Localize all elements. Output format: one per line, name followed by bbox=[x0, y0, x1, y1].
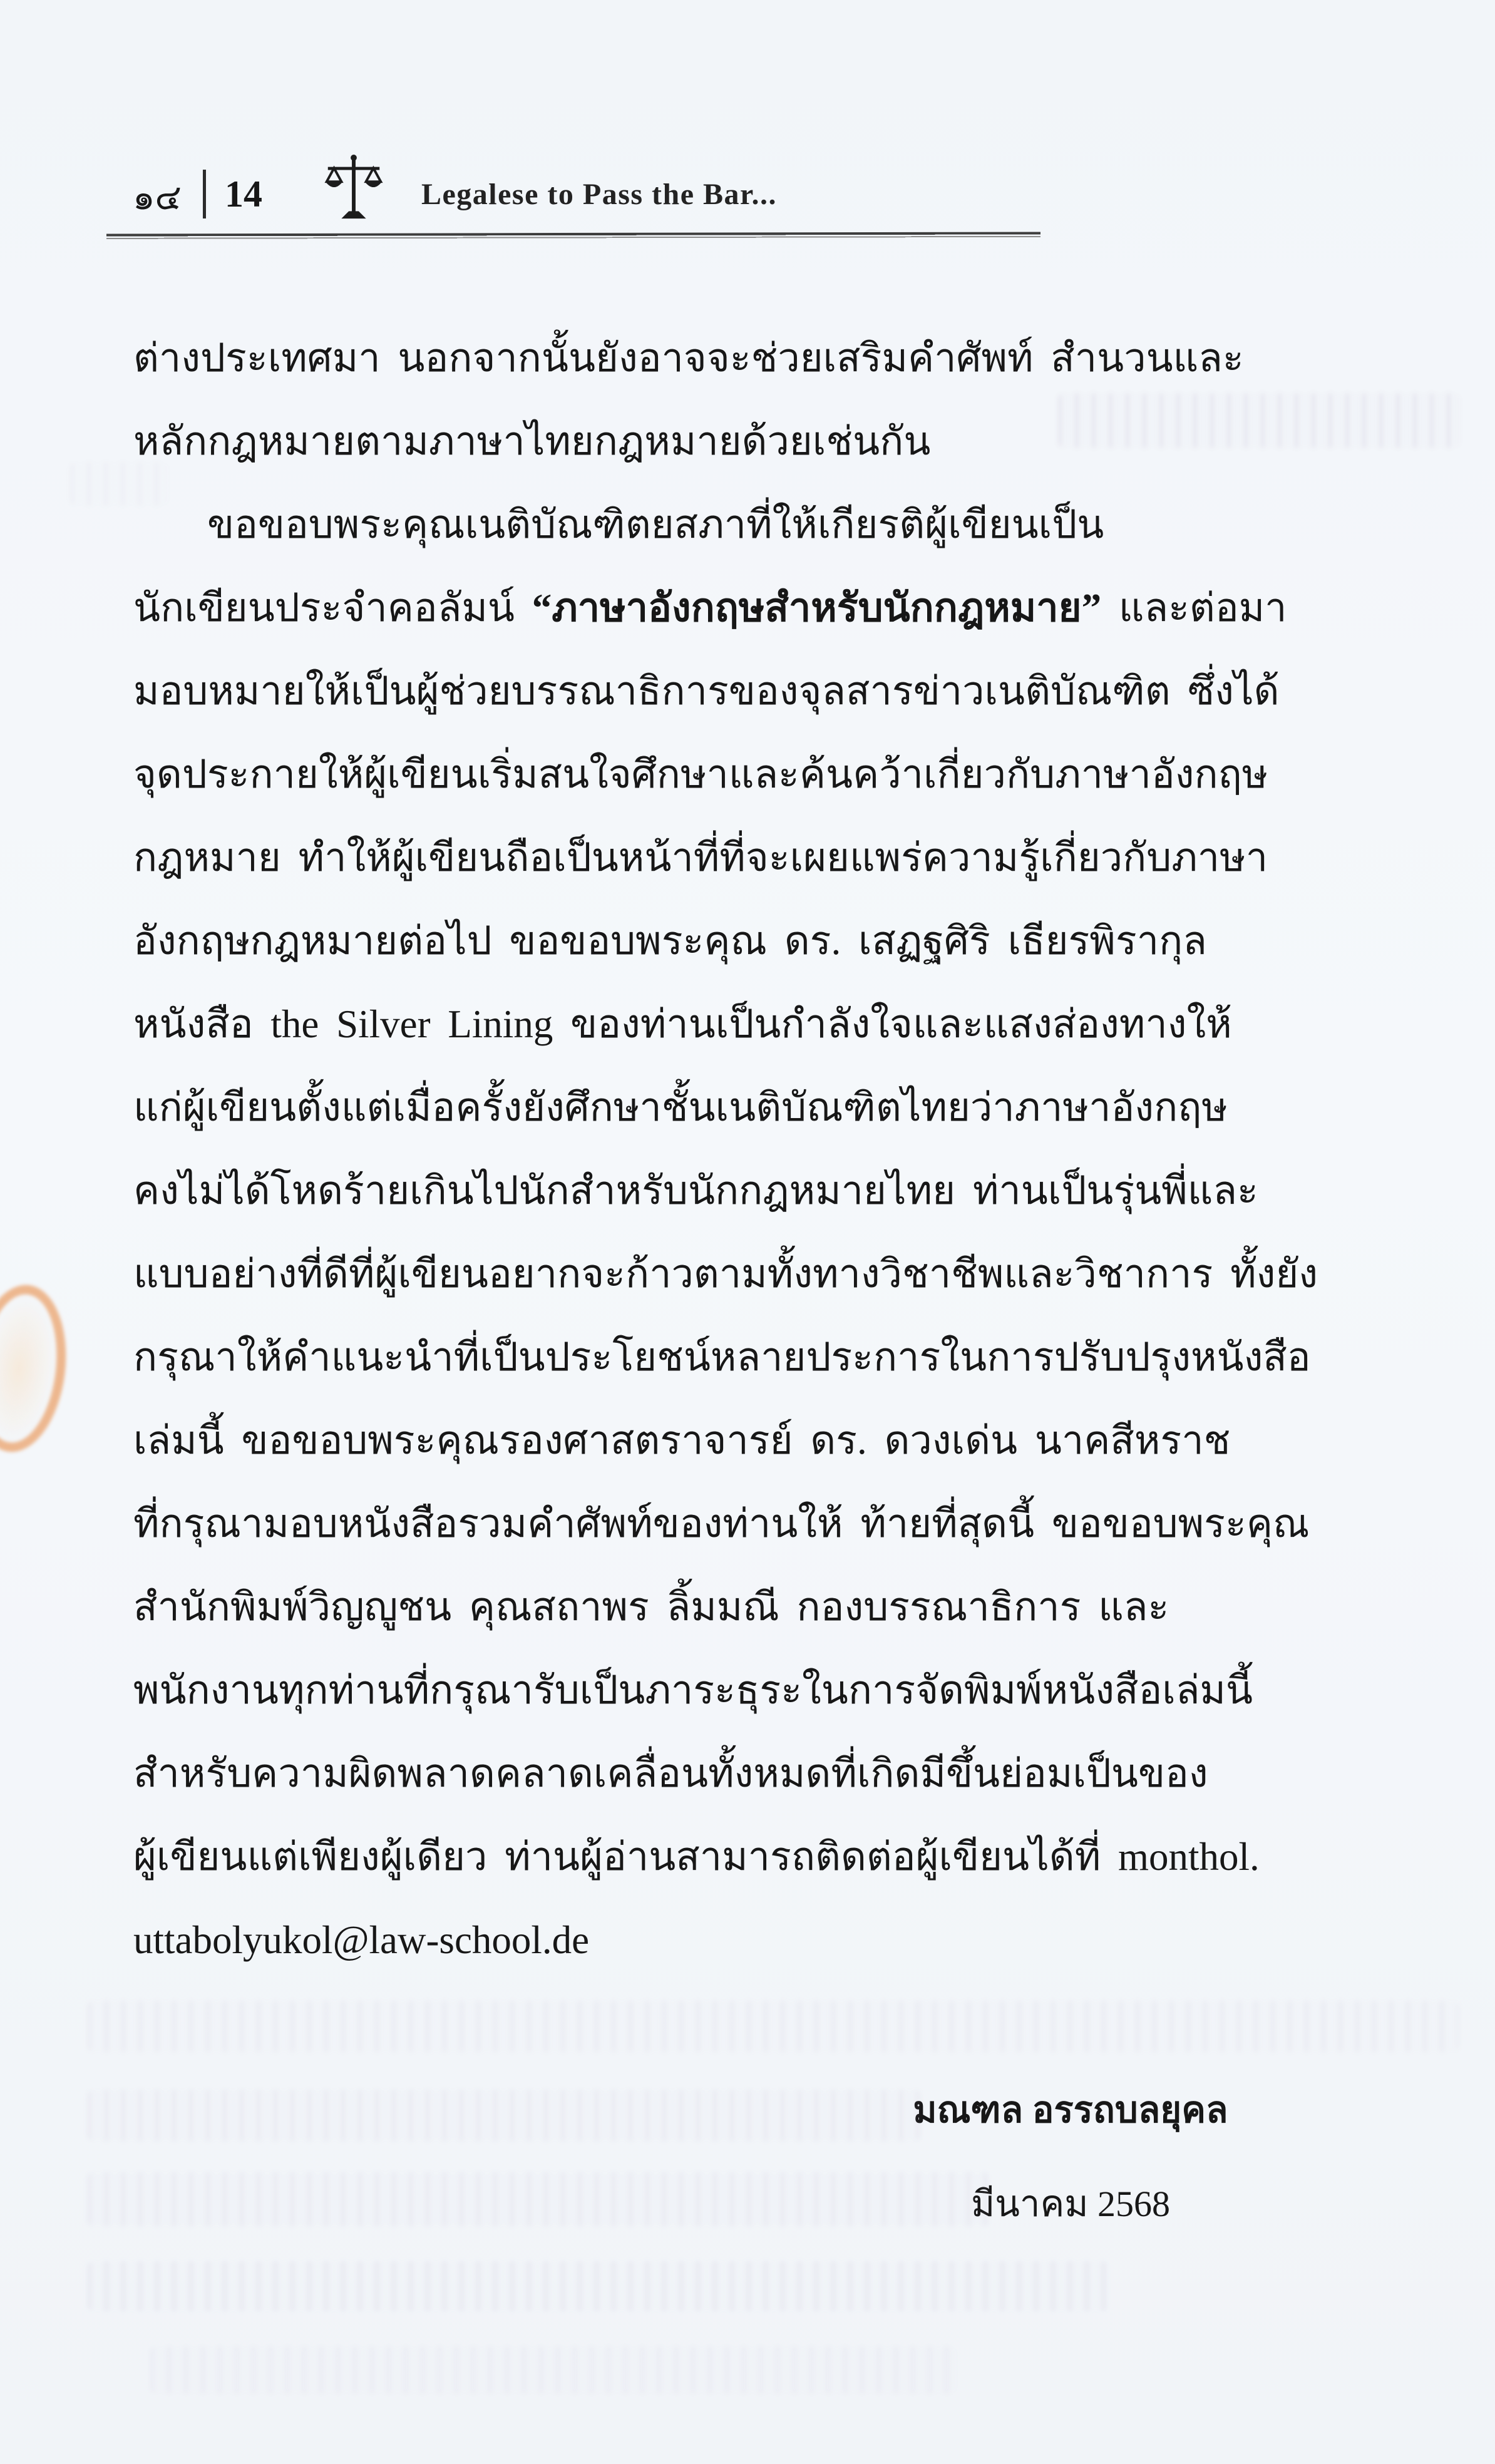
body-line-text: หนังสือ the Silver Lining ของท่านเป็นกำล… bbox=[133, 1002, 1232, 1046]
body-line: พนักงานทุกท่านที่กรุณารับเป็นภาระธุระในก… bbox=[133, 1649, 1370, 1732]
body-line-text: จุดประกายให้ผู้เขียนเริ่มสนใจศึกษาและค้น… bbox=[133, 752, 1268, 796]
body-line-text: แบบอย่างที่ดีที่ผู้เขียนอยากจะก้าวตามทั้… bbox=[133, 1252, 1318, 1296]
body-line-text: หลักกฎหมายตามภาษาไทยกฎหมายด้วยเช่นกัน bbox=[133, 419, 930, 463]
page-number-thai: ๑๔ bbox=[133, 180, 182, 215]
bleed-through-text bbox=[88, 2001, 1459, 2052]
body-line: ต่างประเทศมา นอกจากนั้นยังอาจจะช่วยเสริม… bbox=[133, 317, 1370, 400]
body-line: หนังสือ the Silver Lining ของท่านเป็นกำล… bbox=[133, 983, 1370, 1066]
page-number-arabic: 14 bbox=[225, 175, 262, 213]
body-line-text: พนักงานทุกท่านที่กรุณารับเป็นภาระธุระในก… bbox=[133, 1668, 1253, 1712]
column-title-emphasis: “ภาษาอังกฤษสำหรับนักกฎหมาย” bbox=[532, 586, 1101, 630]
header-divider bbox=[203, 170, 206, 218]
body-line: สำหรับความผิดพลาดคลาดเคลื่อนทั้งหมดที่เก… bbox=[133, 1732, 1370, 1815]
body-line: ขอขอบพระคุณเนติบัณฑิตยสภาที่ให้เกียรติผู… bbox=[133, 483, 1370, 567]
body-line-text: uttabolyukol@law-school.de bbox=[133, 1918, 589, 1962]
body-line: กรุณาให้คำแนะนำที่เป็นประโยชน์หลายประการ… bbox=[133, 1316, 1370, 1399]
body-line-text: แก่ผู้เขียนตั้งแต่เมื่อครั้งยังศึกษาชั้น… bbox=[133, 1086, 1228, 1129]
body-line: เล่มนี้ ขอขอบพระคุณรองศาสตราจารย์ ดร. ดว… bbox=[133, 1399, 1370, 1482]
body-line-text: สำหรับความผิดพลาดคลาดเคลื่อนทั้งหมดที่เก… bbox=[133, 1752, 1208, 1795]
body-line-text: ขอขอบพระคุณเนติบัณฑิตยสภาที่ให้เกียรติผู… bbox=[207, 503, 1104, 547]
scales-of-justice-icon bbox=[322, 155, 385, 225]
body-line-text: และต่อมา bbox=[1101, 586, 1287, 630]
body-line: จุดประกายให้ผู้เขียนเริ่มสนใจศึกษาและค้น… bbox=[133, 733, 1370, 816]
bleed-through-text bbox=[150, 2346, 958, 2394]
body-line: นักเขียนประจำคอลัมน์ “ภาษาอังกฤษสำหรับนั… bbox=[133, 567, 1370, 650]
body-line-text: ผู้เขียนแต่เพียงผู้เดียว ท่านผู้อ่านสามา… bbox=[133, 1835, 1260, 1879]
body-line-text: คงไม่ได้โหดร้ายเกินไปนักสำหรับนักกฎหมายไ… bbox=[133, 1169, 1258, 1213]
body-line-text: กฎหมาย ทำให้ผู้เขียนถือเป็นหน้าที่ที่จะเ… bbox=[133, 836, 1268, 880]
bleed-through-text bbox=[88, 2090, 920, 2141]
body-line: แบบอย่างที่ดีที่ผู้เขียนอยากจะก้าวตามทั้… bbox=[133, 1233, 1370, 1316]
body-line-text: นักเขียนประจำคอลัมน์ bbox=[133, 586, 532, 630]
page-header: ๑๔ 14 Legalese to Pass the Bar... bbox=[133, 162, 777, 227]
body-line: คงไม่ได้โหดร้ายเกินไปนักสำหรับนักกฎหมายไ… bbox=[133, 1149, 1370, 1233]
running-book-title: Legalese to Pass the Bar... bbox=[421, 177, 777, 212]
bleed-through-text bbox=[88, 2172, 989, 2226]
body-line: uttabolyukol@law-school.de bbox=[133, 1899, 1370, 1982]
bleed-through-text bbox=[1058, 393, 1462, 448]
bleed-through-text bbox=[70, 462, 170, 506]
body-line-text: ต่างประเทศมา นอกจากนั้นยังอาจจะช่วยเสริม… bbox=[133, 336, 1244, 380]
body-line-text: อังกฤษกฎหมายต่อไป ขอขอบพระคุณ ดร. เสฏฐศิ… bbox=[133, 919, 1207, 963]
orange-stain bbox=[0, 1280, 75, 1457]
body-line: ผู้เขียนแต่เพียงผู้เดียว ท่านผู้อ่านสามา… bbox=[133, 1815, 1370, 1899]
body-line: มอบหมายให้เป็นผู้ช่วยบรรณาธิการของจุลสาร… bbox=[133, 650, 1370, 733]
body-text: ต่างประเทศมา นอกจากนั้นยังอาจจะช่วยเสริม… bbox=[133, 317, 1370, 1982]
header-rule bbox=[106, 232, 1040, 240]
body-line-text: เล่มนี้ ขอขอบพระคุณรองศาสตราจารย์ ดร. ดว… bbox=[133, 1419, 1230, 1462]
body-line-text: กรุณาให้คำแนะนำที่เป็นประโยชน์หลายประการ… bbox=[133, 1335, 1311, 1379]
body-line: แก่ผู้เขียนตั้งแต่เมื่อครั้งยังศึกษาชั้น… bbox=[133, 1066, 1370, 1149]
body-line: สำนักพิมพ์วิญญูชน คุณสถาพร ลิ้มมณี กองบร… bbox=[133, 1566, 1370, 1649]
body-line: กฎหมาย ทำให้ผู้เขียนถือเป็นหน้าที่ที่จะเ… bbox=[133, 816, 1370, 900]
body-line-text: ที่กรุณามอบหนังสือรวมคำศัพท์ของท่านให้ ท… bbox=[133, 1502, 1309, 1546]
scanned-book-page: ๑๔ 14 Legalese to Pass the Bar... ต่างปร… bbox=[0, 0, 1495, 2464]
body-line-text: สำนักพิมพ์วิญญูชน คุณสถาพร ลิ้มมณี กองบร… bbox=[133, 1585, 1169, 1629]
body-line-text: มอบหมายให้เป็นผู้ช่วยบรรณาธิการของจุลสาร… bbox=[133, 669, 1280, 713]
body-line: ที่กรุณามอบหนังสือรวมคำศัพท์ของท่านให้ ท… bbox=[133, 1482, 1370, 1566]
bleed-through-text bbox=[88, 2261, 1108, 2311]
body-line: อังกฤษกฎหมายต่อไป ขอขอบพระคุณ ดร. เสฏฐศิ… bbox=[133, 900, 1370, 983]
